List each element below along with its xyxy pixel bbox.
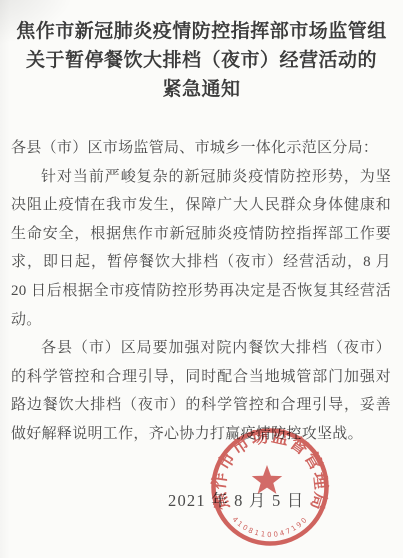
title-line-3: 紧急通知: [0, 75, 403, 104]
recipient-line: 各县（市）区市场监管局、市城乡一体化示范区分局：: [11, 134, 391, 163]
official-seal: 焦作市市场监督管理局 4108110047190: [207, 424, 333, 550]
star-icon: [252, 465, 282, 494]
notice-title: 焦作市新冠肺炎疫情防控指挥部市场监管组 关于暂停餐饮大排档（夜市）经营活动的 紧…: [0, 0, 403, 104]
title-line-2: 关于暂停餐饮大排档（夜市）经营活动的: [0, 46, 403, 75]
notice-body: 各县（市）区市场监管局、市城乡一体化示范区分局： 针对当前严峻复杂的新冠肺炎疫情…: [0, 134, 403, 449]
paragraph-2: 各县（市）区局要加强对院内餐饮大排档（夜市）的科学管控和合理引导，同时配合当地城…: [11, 334, 391, 448]
title-line-1: 焦作市新冠肺炎疫情防控指挥部市场监管组: [0, 17, 403, 46]
paragraph-1: 针对当前严峻复杂的新冠肺炎疫情防控形势，为坚决阻止疫情在我市发生，保障广大人民群…: [11, 163, 391, 335]
seal-organization-text: 焦作市市场监督管理局: [208, 425, 330, 513]
notice-document: 焦作市新冠肺炎疫情防控指挥部市场监管组 关于暂停餐饮大排档（夜市）经营活动的 紧…: [0, 0, 403, 558]
